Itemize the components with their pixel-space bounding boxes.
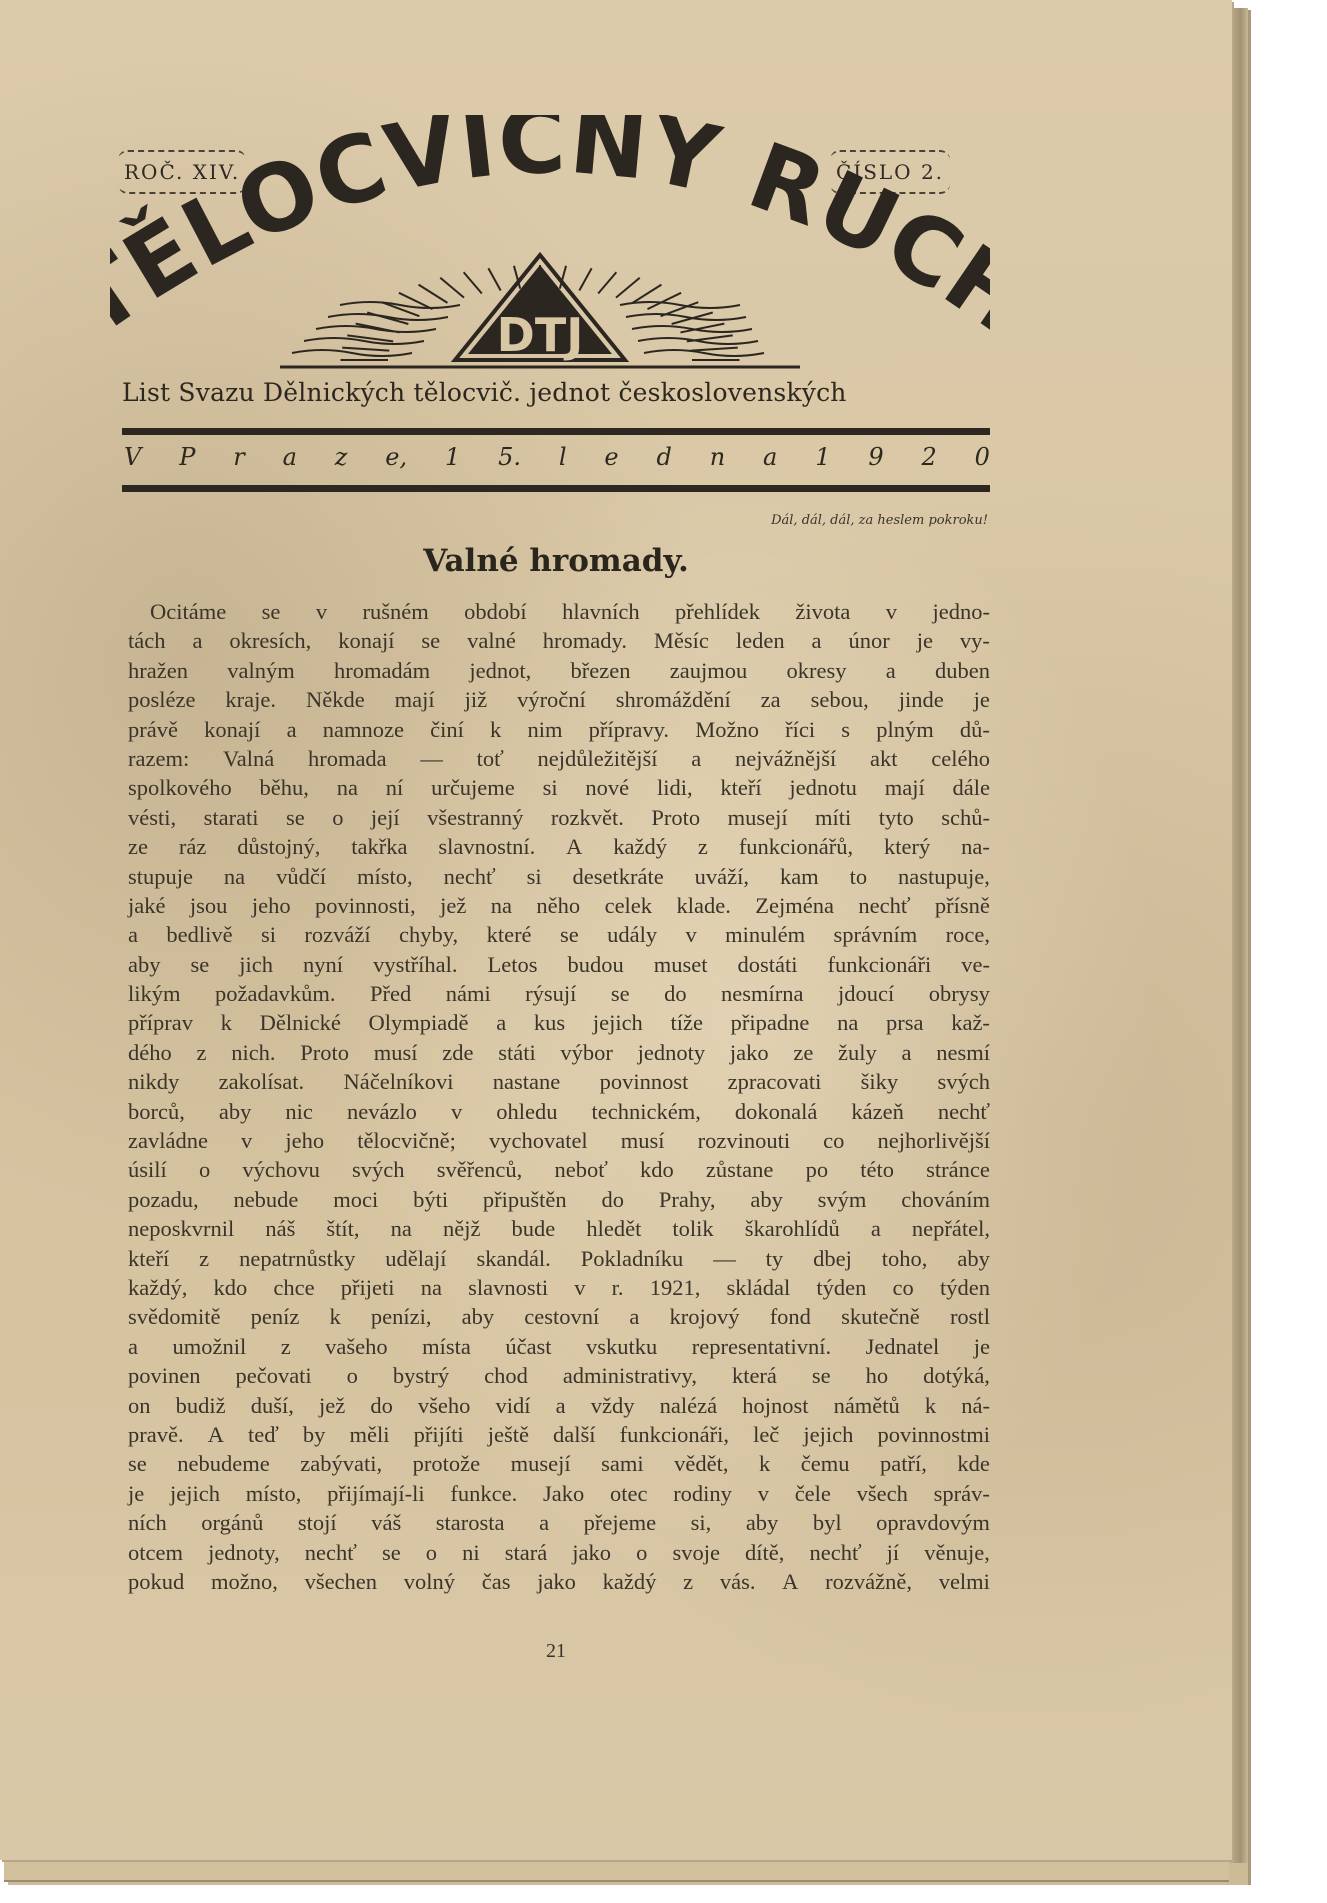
masthead-rule-top <box>122 428 990 435</box>
dateline-char: 5. <box>498 443 521 471</box>
dateline-char: 2 <box>921 443 936 471</box>
journal-page: ROČ. XIV. ČÍSLO 2. TĚLOCVIČNÝ RUCH DTJ L… <box>0 0 1232 1860</box>
dateline-char: 0 <box>975 443 990 471</box>
dateline-char: V <box>124 443 141 471</box>
masthead-rule-bottom <box>122 485 990 492</box>
dateline-char: e <box>604 443 618 471</box>
article-line: senebudemezabývati,protožemusejísamivědě… <box>128 1449 990 1478</box>
article-line: kteříznepatrnůstkyudělajískandál.Pokladn… <box>128 1244 990 1273</box>
article-body: Ocitámesevrušnémobdobíhlavníchpřehlídekž… <box>128 597 990 1596</box>
article-line: onbudižduší,ježdovšehovidíavždynalézáhoj… <box>128 1391 990 1420</box>
article-headline: Valné hromady. <box>122 543 990 579</box>
dateline-char: e, <box>385 443 407 471</box>
article-line: neposkvrnilnášštít,nanějžbudehleděttolik… <box>128 1214 990 1243</box>
article-line: jejejichmísto,přijímají-lifunkce.Jakoote… <box>128 1479 990 1508</box>
article-line: Ocitámesevrušnémobdobíhlavníchpřehlídekž… <box>128 597 990 626</box>
dateline-char: 9 <box>868 443 883 471</box>
article-line: pozadu,nebudemocibýtipřipuštěndoPrahy,ab… <box>128 1185 990 1214</box>
article-line: abedlivěsirozvážíchyby,kteréseudályvminu… <box>128 920 990 949</box>
article-line: jakéjsoujehopovinnosti,ježnaněhocelekkla… <box>128 891 990 920</box>
dateline: VPraze,15.ledna1920 <box>124 443 990 471</box>
article-line: každý,kdochcepřijetinaslavnostivr.1921,s… <box>128 1273 990 1302</box>
article-line: pravě.Ateďbymělipřijítiještědalšífunkcio… <box>128 1420 990 1449</box>
article-line: déhoznich.Protomusízdestátivýborjednotyj… <box>128 1038 990 1067</box>
article-line: abysejichnynívystříhal.Letosbudoumusetdo… <box>128 950 990 979</box>
article-line: hraženvalnýmhromadámjednot,březenzaujmou… <box>128 656 990 685</box>
article-line: níchorgánůstojívášstarostaapřejemesi,aby… <box>128 1508 990 1537</box>
dateline-char: 1 <box>815 443 830 471</box>
article-line: vésti,staratiseojejívšestrannýrozkvět.Pr… <box>128 803 990 832</box>
dateline-char: a <box>283 443 297 471</box>
article-line: pokudmožno,všechenvolnýčasjakokaždýzvás.… <box>128 1567 990 1596</box>
dateline-char: P <box>179 443 195 471</box>
article-line: borců,abynicnevázlovohledutechnickém,dok… <box>128 1097 990 1126</box>
article-line: aumožnilzvašehomístaúčastvskutkurepresen… <box>128 1332 990 1361</box>
article-line: přípravkDělnickéOlympiaděakusjejichtížep… <box>128 1008 990 1037</box>
dateline-char: l <box>559 443 567 471</box>
article-line: úsilíovýchovusvýchsvěřenců,neboťkdozůsta… <box>128 1155 990 1184</box>
article-line: likýmpožadavkům.Přednámirýsujísedonesmír… <box>128 979 990 1008</box>
article-line: povinenpečovatiobystrýchodadministrativy… <box>128 1361 990 1390</box>
article-line: táchaokresích,konajísevalnéhromady.Měsíc… <box>128 626 990 655</box>
article-line: právěkonajíanamnozečiníknimpřípravy.Možn… <box>128 715 990 744</box>
dtj-sunrise-logo: DTJ <box>280 235 800 375</box>
article-line: spolkovéhoběhu,naníurčujemesinovélidi,kt… <box>128 773 990 802</box>
dateline-char: n <box>710 443 725 471</box>
article-line: zavládnevjehotělocvičně;vychovatelmusíro… <box>128 1126 990 1155</box>
dateline-char: 1 <box>445 443 460 471</box>
article-line: nikdyzakolísat.Náčelníkovinastanepovinno… <box>128 1067 990 1096</box>
masthead-subtitle: List Svazu Dělnických tělocvič. jednot č… <box>122 378 1002 407</box>
article-line: zerázdůstojný,takřkaslavnostní.Akaždýzfu… <box>128 832 990 861</box>
motto: Dál, dál, dál, za heslem pokroku! <box>560 513 988 528</box>
dateline-char: d <box>656 443 671 471</box>
article-line: razem:Valnáhromada—toťnejdůležitějšíanej… <box>128 744 990 773</box>
article-line: stupujenavůdčímísto,nechťsidesetkráteuvá… <box>128 862 990 891</box>
article-line: svědomitěpenízkpenízi,abycestovníakrojov… <box>128 1302 990 1331</box>
paper-stack-edge <box>1230 8 1248 1863</box>
article-line: otcemjednoty,nechťseonistarájakoosvojedí… <box>128 1538 990 1567</box>
page-number: 21 <box>122 1640 990 1663</box>
article-line: poslézekraje.Někdemajíjižvýročníshromážd… <box>128 685 990 714</box>
dateline-char: z <box>335 443 348 471</box>
logo-letters: DTJ <box>497 308 584 362</box>
dateline-char: r <box>233 443 244 471</box>
dateline-char: a <box>763 443 777 471</box>
